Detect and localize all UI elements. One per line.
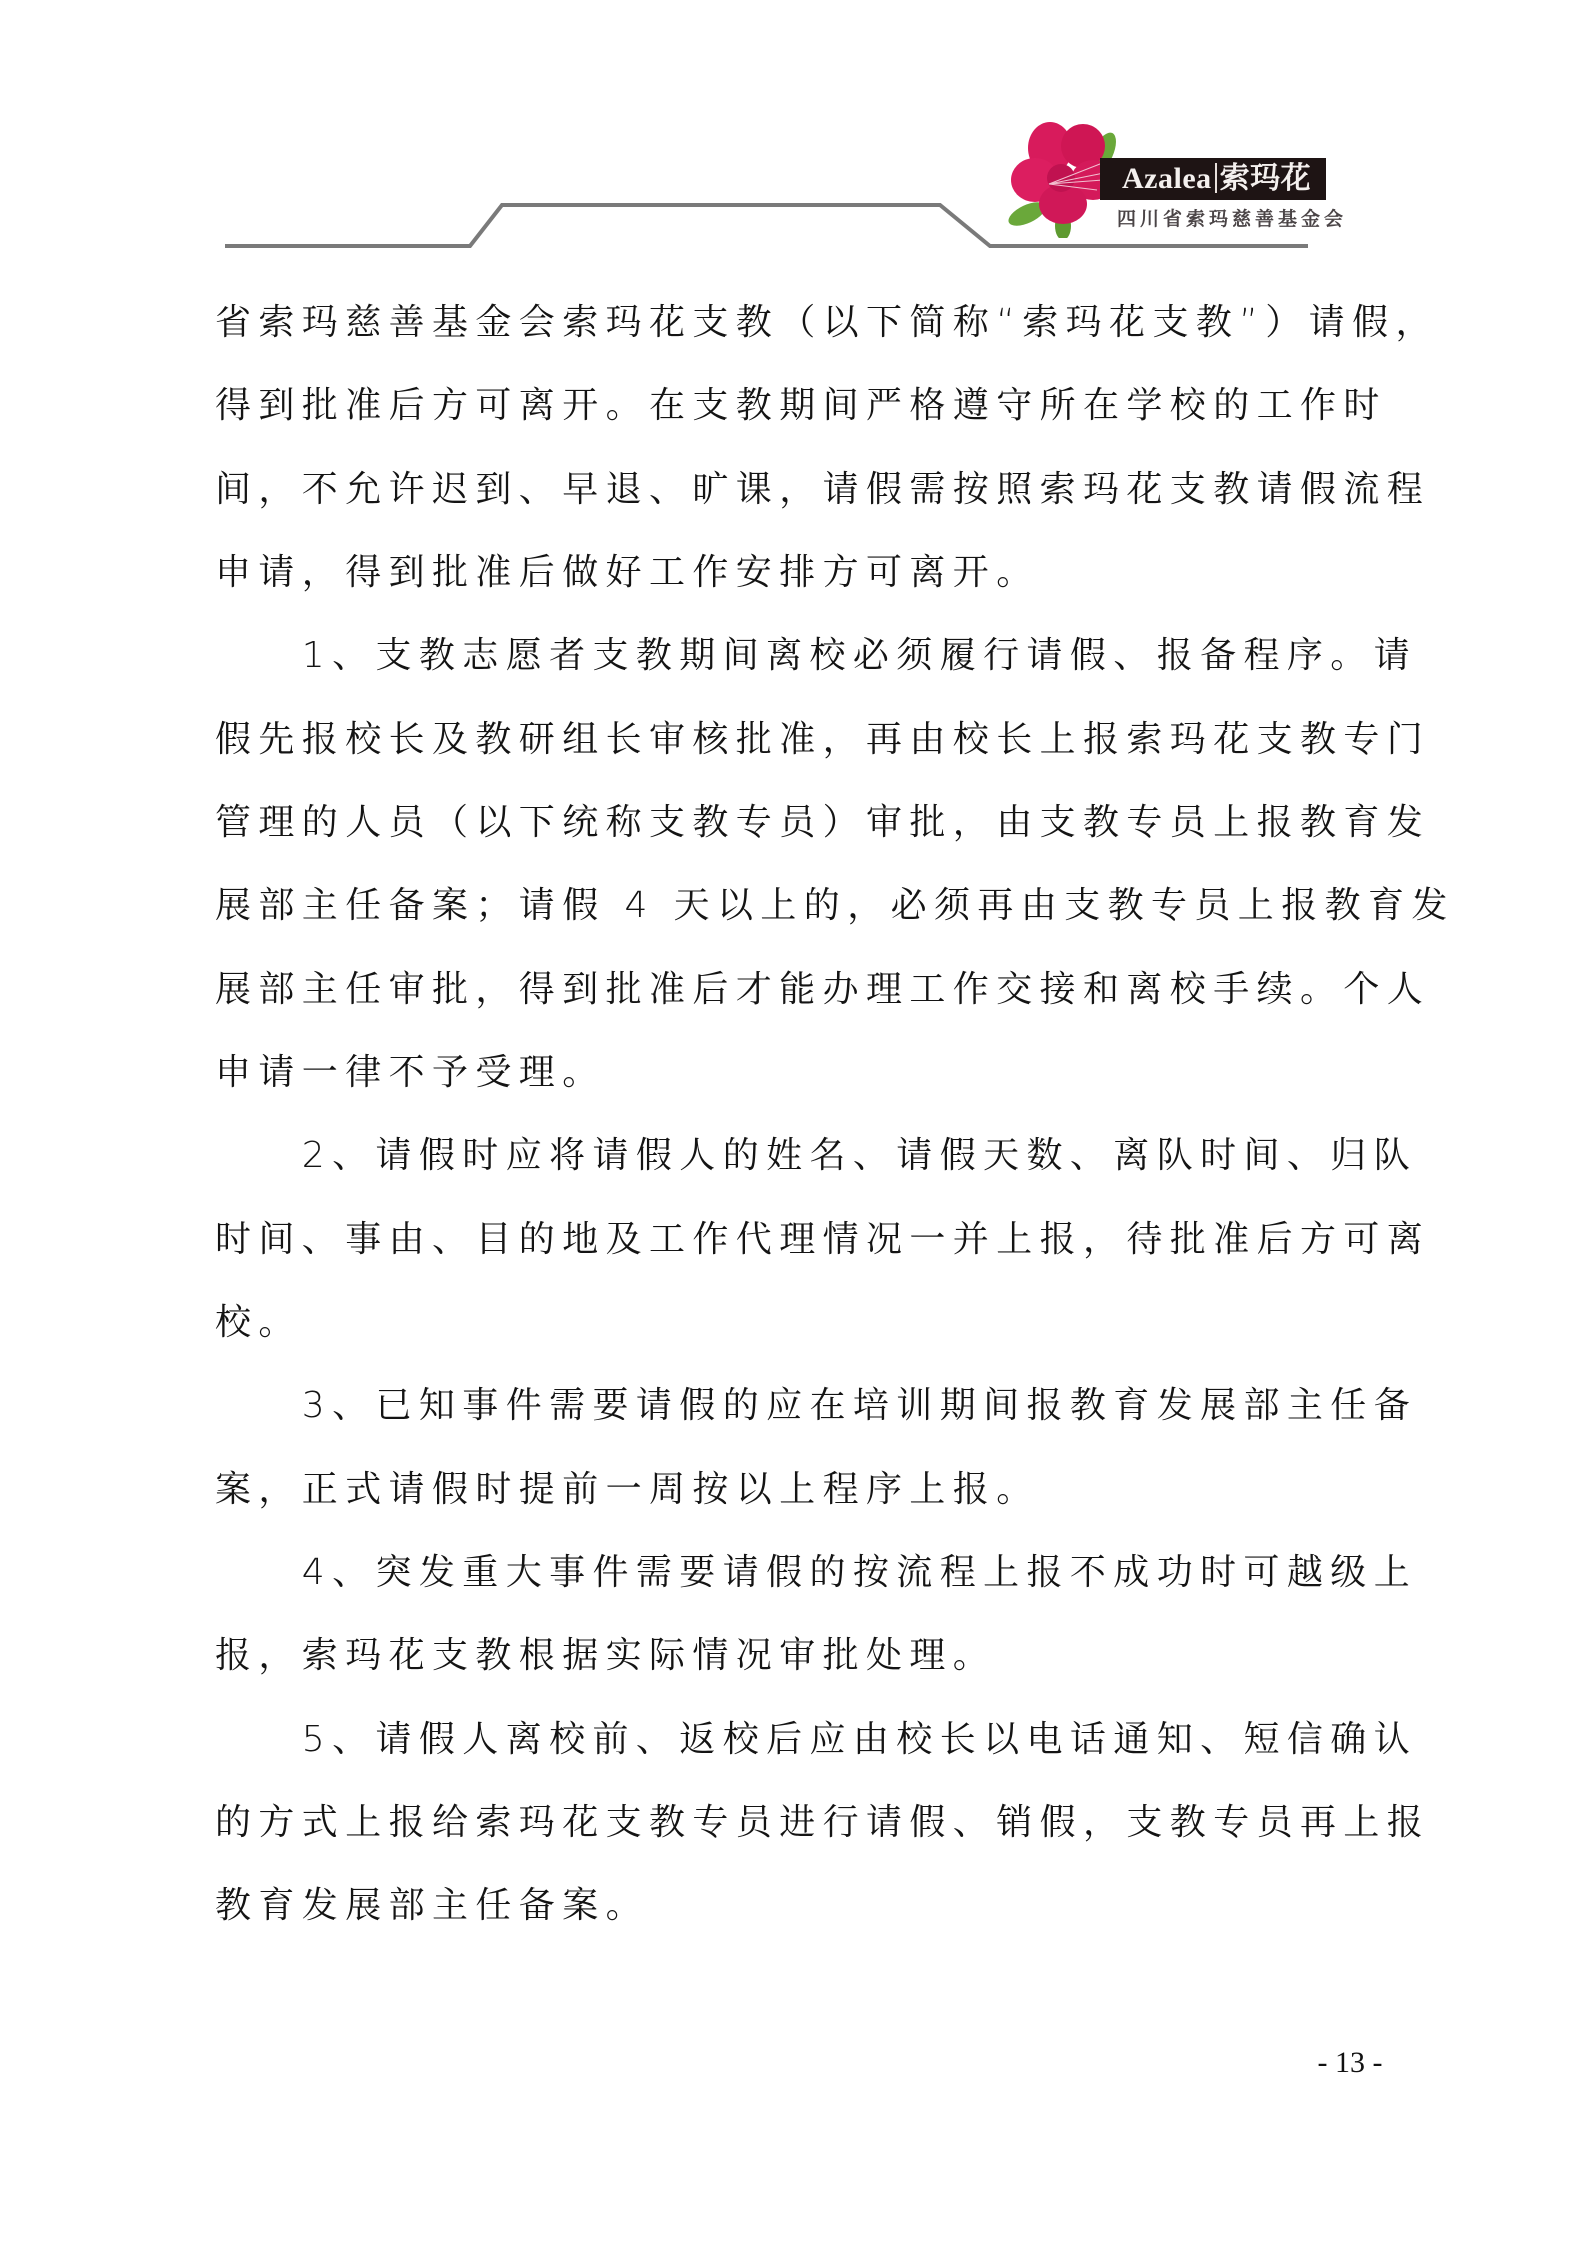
logo-separator <box>1215 163 1217 193</box>
text-line: 省索玛慈善基金会索玛花支教（以下简称“索玛花支教”）请假， <box>215 298 1439 348</box>
header-divider-line <box>0 0 1587 280</box>
text-line: 申请一律不予受理。 <box>215 1048 606 1098</box>
logo-brand-cn: 索玛花 <box>1220 162 1312 195</box>
text-line: 展部主任审批，得到批准后才能办理工作交接和离校手续。个人 <box>215 965 1430 1015</box>
page-number: - 13 - <box>1300 2046 1400 2080</box>
text-line: 管理的人员（以下统称支教专员）审批，由支教专员上报教育发 <box>215 798 1430 848</box>
text-line: 展部主任备案；请假 4 天以上的，必须再由支教专员上报教育发 <box>215 881 1455 931</box>
text-line: 校。 <box>215 1298 302 1348</box>
text-line: 得到批准后方可离开。在支教期间严格遵守所在学校的工作时 <box>215 381 1387 431</box>
text-line: 1、支教志愿者支教期间离校必须履行请假、报备程序。请 <box>215 631 1417 681</box>
foundation-logo: Azalea索玛花 四川省索玛慈善基金会 <box>1005 118 1325 243</box>
logo-brand-en: Azalea <box>1122 162 1212 195</box>
text-line: 申请，得到批准后做好工作安排方可离开。 <box>215 548 1040 598</box>
text-line: 3、已知事件需要请假的应在培训期间报教育发展部主任备 <box>215 1381 1417 1431</box>
text-line: 2、请假时应将请假人的姓名、请假天数、离队时间、归队 <box>215 1131 1417 1181</box>
logo-organization-name: 四川省索玛慈善基金会 <box>1117 204 1347 231</box>
text-line: 5、请假人离校前、返校后应由校长以电话通知、短信确认 <box>215 1715 1417 1765</box>
text-line: 假先报校长及教研组长审核批准，再由校长上报索玛花支教专门 <box>215 715 1430 765</box>
text-line: 间，不允许迟到、早退、旷课，请假需按照索玛花支教请假流程 <box>215 465 1430 515</box>
text-line: 教育发展部主任备案。 <box>215 1881 649 1931</box>
text-line: 4、突发重大事件需要请假的按流程上报不成功时可越级上 <box>215 1548 1417 1598</box>
text-line: 的方式上报给索玛花支教专员进行请假、销假，支教专员再上报 <box>215 1798 1430 1848</box>
logo-banner: Azalea索玛花 <box>1100 158 1326 200</box>
text-line: 案，正式请假时提前一周按以上程序上报。 <box>215 1465 1040 1515</box>
text-line: 报，索玛花支教根据实际情况审批处理。 <box>215 1631 996 1681</box>
text-line: 时间、事由、目的地及工作代理情况一并上报，待批准后方可离 <box>215 1215 1430 1265</box>
